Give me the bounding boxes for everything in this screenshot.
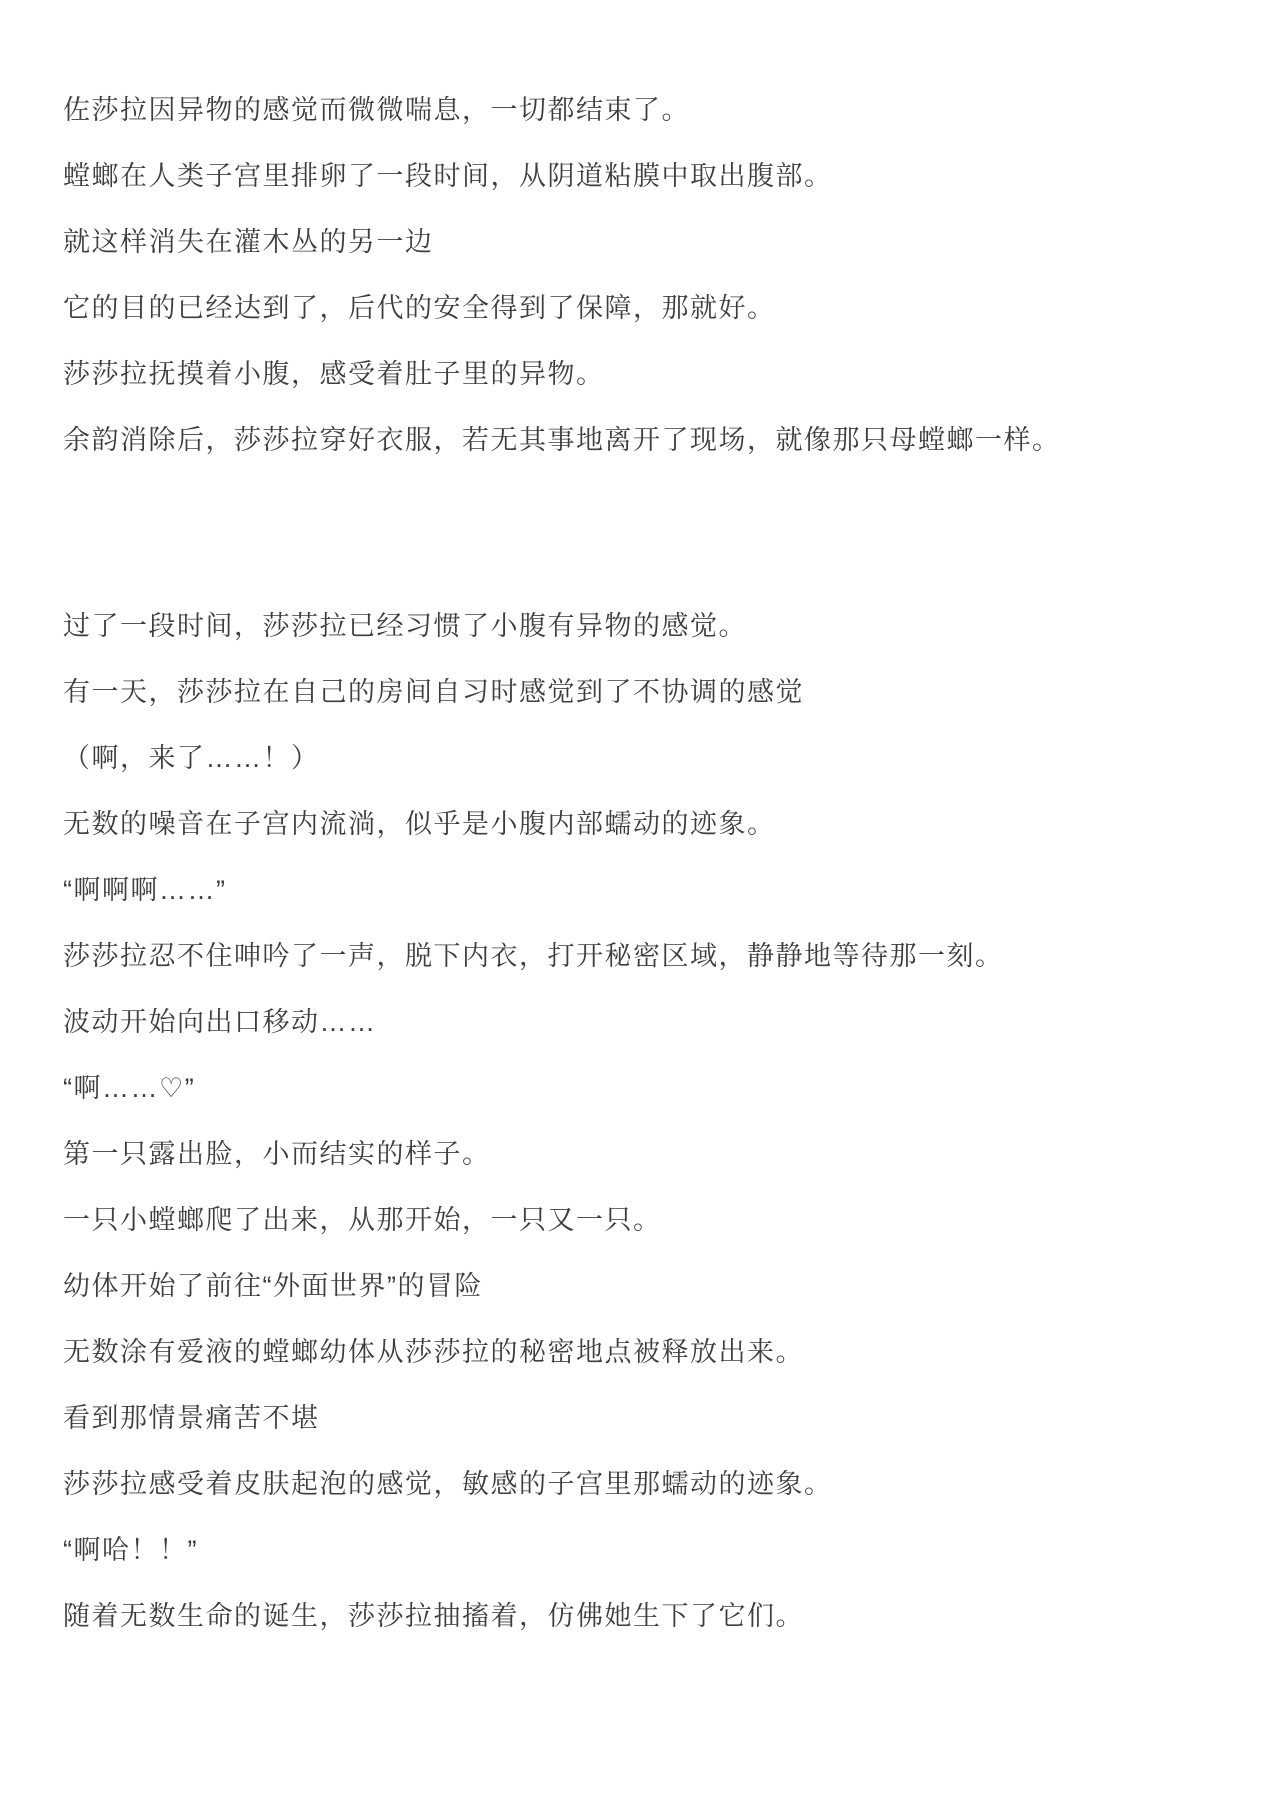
- paragraph: 余韵消除后，莎莎拉穿好衣服，若无其事地离开了现场，就像那只母螳螂一样。: [63, 420, 1220, 460]
- paragraph: 莎莎拉忍不住呻吟了一声，脱下内衣，打开秘密区域，静静地等待那一刻。: [63, 936, 1220, 976]
- paragraph: 随着无数生命的诞生，莎莎拉抽搐着，仿佛她生下了它们。: [63, 1596, 1220, 1636]
- paragraph: 它的目的已经达到了，后代的安全得到了保障，那就好。: [63, 288, 1220, 328]
- paragraph: 有一天，莎莎拉在自己的房间自习时感觉到了不协调的感觉: [63, 672, 1220, 712]
- dialog-line: “啊啊啊……”: [63, 870, 1220, 910]
- paragraph: 无数的噪音在子宫内流淌，似乎是小腹内部蠕动的迹象。: [63, 804, 1220, 844]
- paragraph: 莎莎拉感受着皮肤起泡的感觉，敏感的子宫里那蠕动的迹象。: [63, 1464, 1220, 1504]
- paragraph: 就这样消失在灌木丛的另一边: [63, 222, 1220, 262]
- paragraph: 佐莎拉因异物的感觉而微微喘息，一切都结束了。: [63, 90, 1220, 130]
- paragraph: 无数涂有爱液的螳螂幼体从莎莎拉的秘密地点被释放出来。: [63, 1332, 1220, 1372]
- dialog-line: “啊哈！！”: [63, 1530, 1220, 1570]
- paragraph: 螳螂在人类子宫里排卵了一段时间，从阴道粘膜中取出腹部。: [63, 156, 1220, 196]
- paragraph: （啊，来了……！）: [63, 738, 1220, 778]
- paragraph: 幼体开始了前往“外面世界”的冒险: [63, 1266, 1220, 1306]
- paragraph: 过了一段时间，莎莎拉已经习惯了小腹有异物的感觉。: [63, 606, 1220, 646]
- dialog-line: “啊……♡”: [63, 1068, 1220, 1108]
- paragraph: 第一只露出脸，小而结实的样子。: [63, 1134, 1220, 1174]
- paragraph-list: 佐莎拉因异物的感觉而微微喘息，一切都结束了。螳螂在人类子宫里排卵了一段时间，从阴…: [63, 90, 1220, 1636]
- paragraph: 看到那情景痛苦不堪: [63, 1398, 1220, 1438]
- paragraph: 波动开始向出口移动……: [63, 1002, 1220, 1042]
- paragraph: 莎莎拉抚摸着小腹，感受着肚子里的异物。: [63, 354, 1220, 394]
- paragraph: 一只小螳螂爬了出来，从那开始，一只又一只。: [63, 1200, 1220, 1240]
- document-page: 佐莎拉因异物的感觉而微微喘息，一切都结束了。螳螂在人类子宫里排卵了一段时间，从阴…: [0, 0, 1280, 1811]
